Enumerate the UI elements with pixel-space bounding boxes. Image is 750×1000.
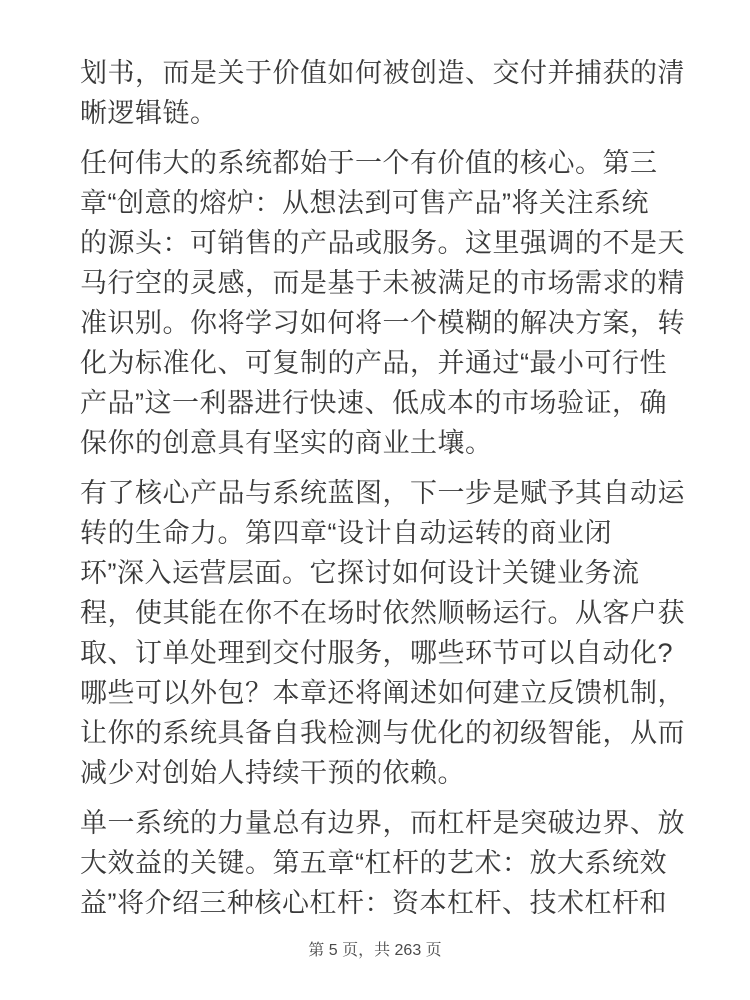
text-line: 马行空的灵感，而是基于未被满足的市场需求的精 [80,263,680,303]
text-line: 程，使其能在你不在场时依然顺畅运行。从客户获 [80,593,680,633]
text-line: 任何伟大的系统都始于一个有价值的核心。第三 [80,143,680,183]
text-line: 有了核心产品与系统蓝图，下一步是赋予其自动运 [80,473,680,513]
paragraph: 单一系统的力量总有边界，而杠杆是突破边界、放 大效益的关键。第五章“杠杆的艺术：… [80,803,680,923]
text-line: 章“创意的熔炉：从想法到可售产品”将关注系统 [80,183,680,223]
page-number-indicator: 第 5 页，共 263 页 [0,940,750,962]
paragraph: 任何伟大的系统都始于一个有价值的核心。第三 章“创意的熔炉：从想法到可售产品”将… [80,143,680,463]
paragraph: 有了核心产品与系统蓝图，下一步是赋予其自动运 转的生命力。第四章“设计自动运转的… [80,473,680,793]
text-line: 哪些可以外包？本章还将阐述如何建立反馈机制， [80,673,680,713]
text-line: 转的生命力。第四章“设计自动运转的商业闭 [80,513,680,553]
text-line: 产品”这一利器进行快速、低成本的市场验证，确 [80,383,680,423]
text-line: 准识别。你将学习如何将一个模糊的解决方案，转 [80,303,680,343]
text-line: 大效益的关键。第五章“杠杆的艺术：放大系统效 [80,843,680,883]
text-line: 环”深入运营层面。它探讨如何设计关键业务流 [80,553,680,593]
document-text-content: 划书，而是关于价值如何被创造、交付并捕获的清 晰逻辑链。 任何伟大的系统都始于一… [80,53,680,933]
text-line: 益”将介绍三种核心杠杆：资本杠杆、技术杠杆和 [80,883,680,923]
text-line: 化为标准化、可复制的产品，并通过“最小可行性 [80,343,680,383]
text-line: 的源头：可销售的产品或服务。这里强调的不是天 [80,223,680,263]
text-line: 取、订单处理到交付服务，哪些环节可以自动化? [80,633,680,673]
text-line: 划书，而是关于价值如何被创造、交付并捕获的清 [80,53,680,93]
text-line: 晰逻辑链。 [80,93,680,133]
text-line: 单一系统的力量总有边界，而杠杆是突破边界、放 [80,803,680,843]
paragraph: 划书，而是关于价值如何被创造、交付并捕获的清 晰逻辑链。 [80,53,680,133]
document-page: 划书，而是关于价值如何被创造、交付并捕获的清 晰逻辑链。 任何伟大的系统都始于一… [0,0,750,1000]
text-line: 保你的创意具有坚实的商业土壤。 [80,423,680,463]
text-line: 让你的系统具备自我检测与优化的初级智能，从而 [80,713,680,753]
text-line: 减少对创始人持续干预的依赖。 [80,753,680,793]
